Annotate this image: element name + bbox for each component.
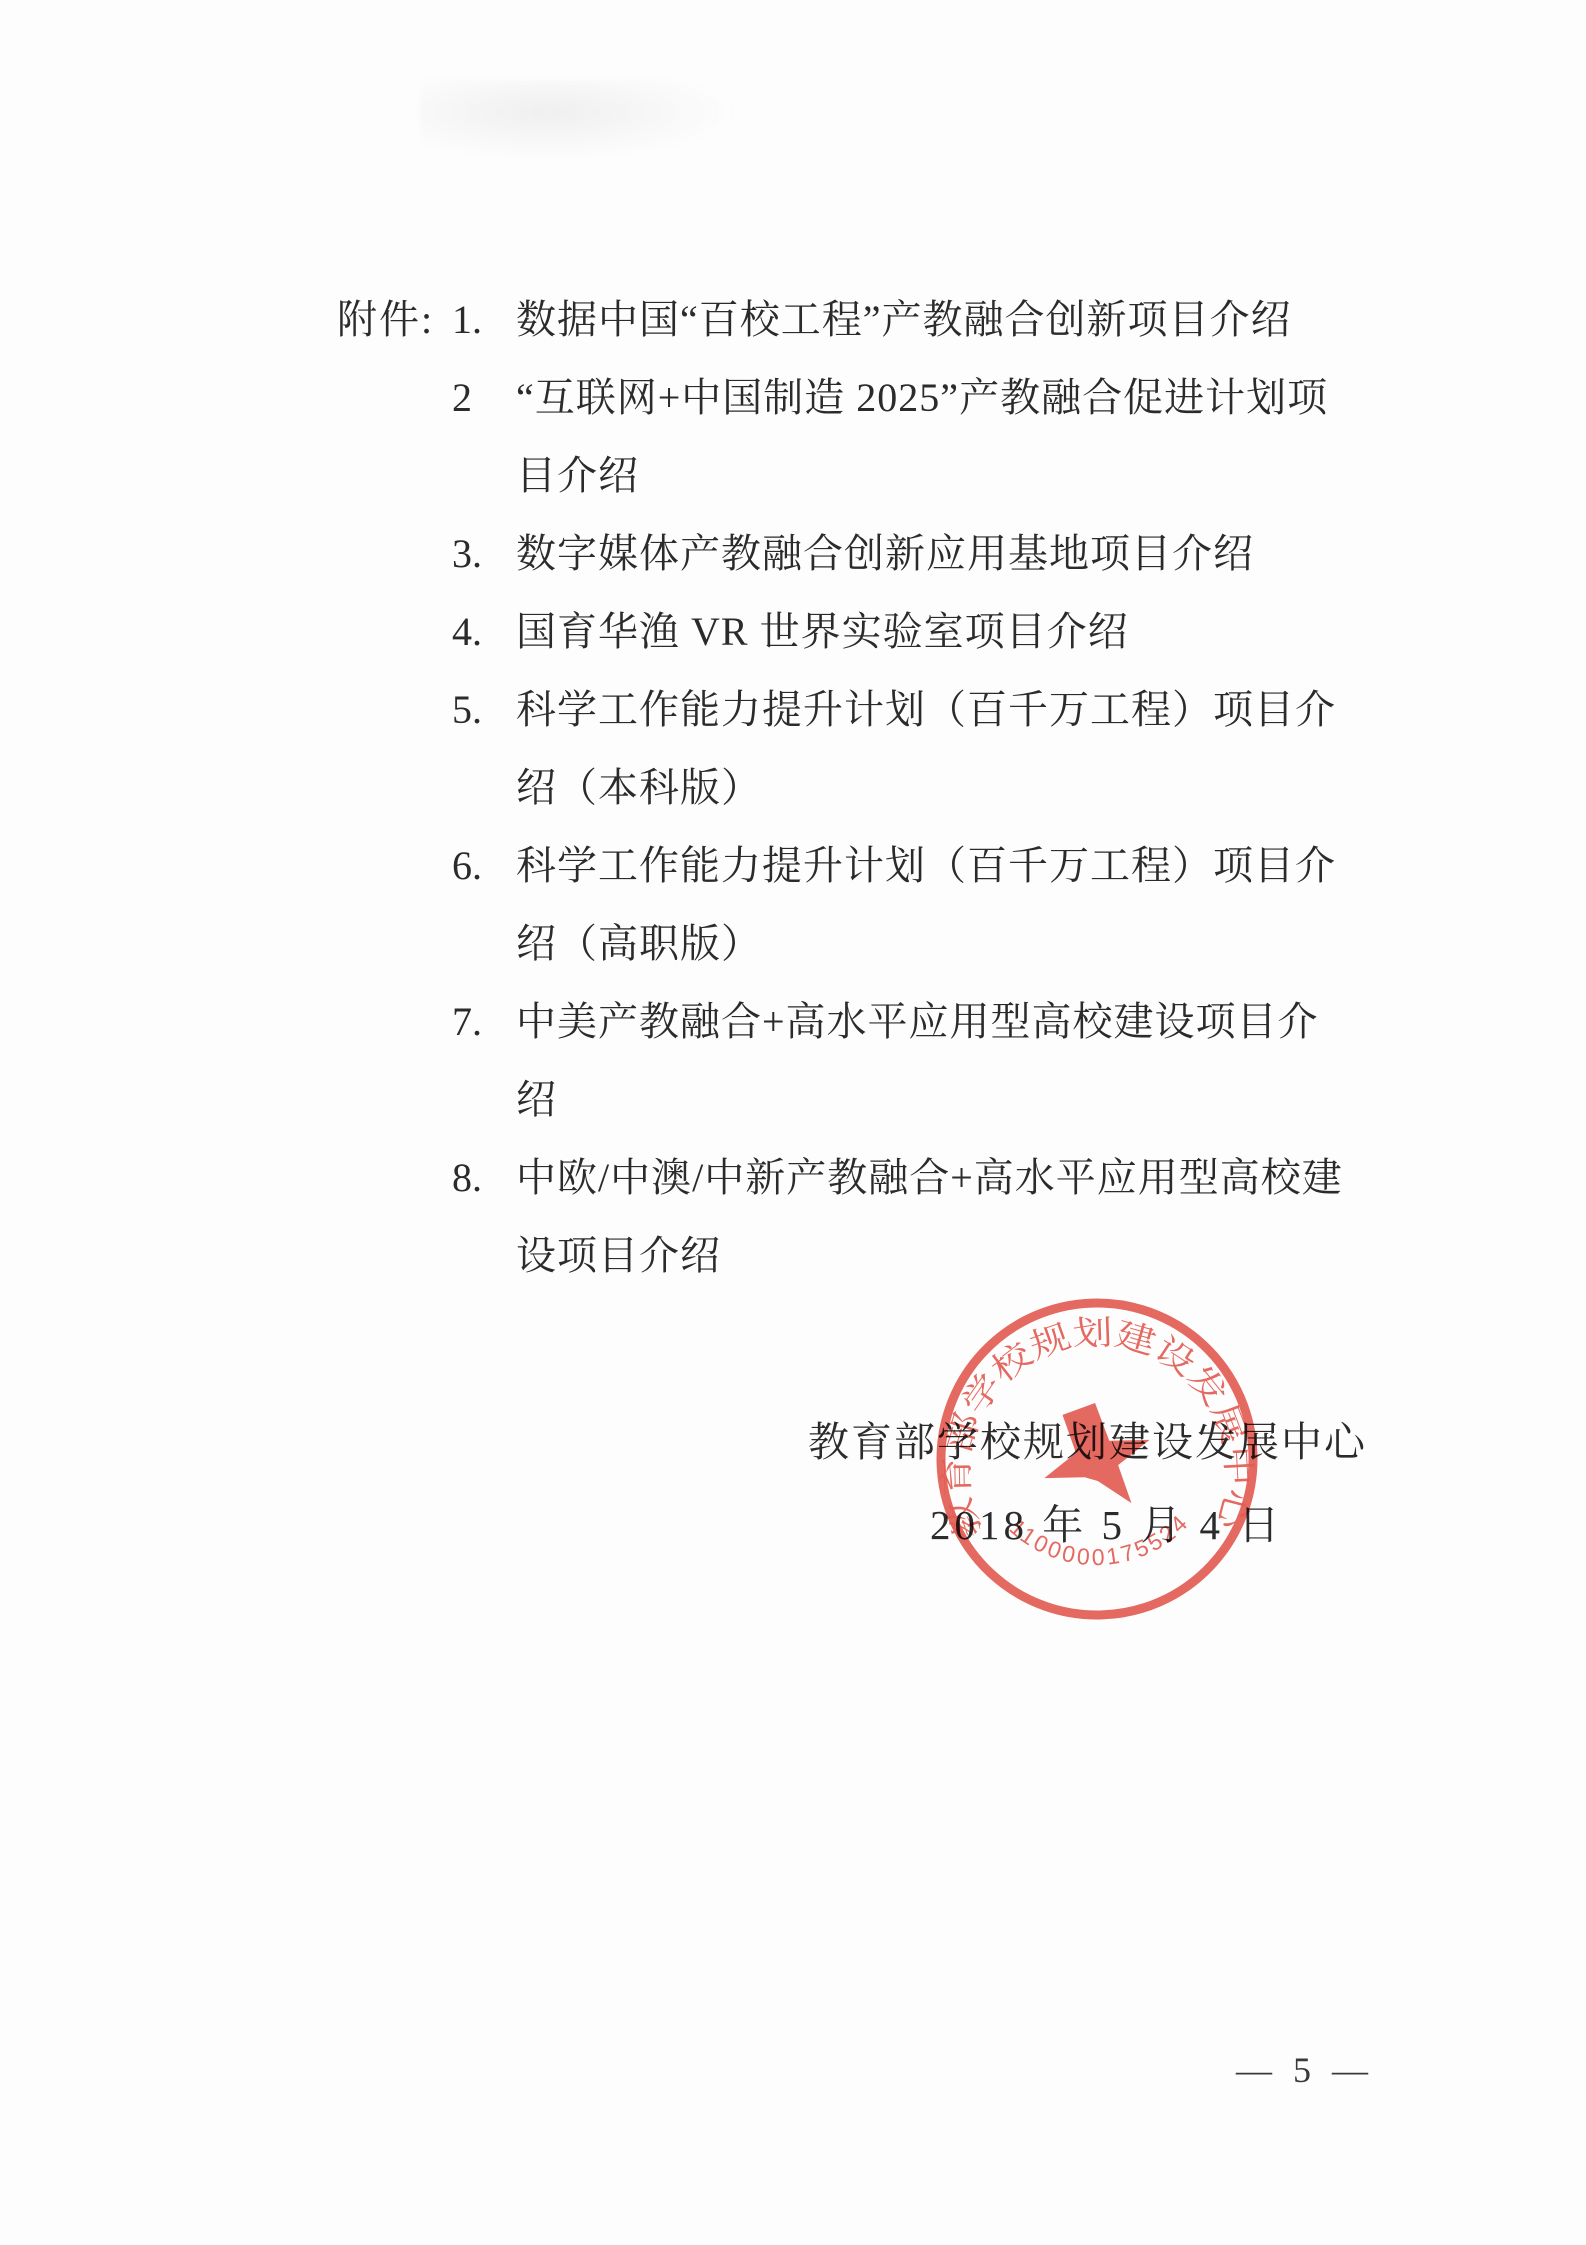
list-item: 8. 中欧/中澳/中新产教融合+高水平应用型高校建 设项目介绍 xyxy=(452,1139,1343,1295)
item-line: 国育华渔 VR 世界实验室项目介绍 xyxy=(516,593,1129,671)
list-item: 2 “互联网+中国制造 2025”产教融合促进计划项 目介绍 xyxy=(452,359,1343,515)
item-line: 科学工作能力提升计划（百千万工程）项目介 xyxy=(516,671,1336,749)
item-number: 3. xyxy=(452,515,516,593)
item-line: 数字媒体产教融合创新应用基地项目介绍 xyxy=(516,515,1254,593)
item-number: 8. xyxy=(452,1139,516,1295)
item-number: 4. xyxy=(452,593,516,671)
official-seal-stamp: 教育部学校规划建设发展中心 1100000175524 xyxy=(921,1283,1273,1635)
item-line: 科学工作能力提升计划（百千万工程）项目介 xyxy=(516,827,1336,905)
item-line: 数据中国“百校工程”产教融合创新项目介绍 xyxy=(516,281,1292,359)
item-line: 绍（本科版） xyxy=(516,749,1336,827)
list-item: 1. 数据中国“百校工程”产教融合创新项目介绍 xyxy=(452,281,1343,359)
item-number: 5. xyxy=(452,671,516,827)
list-item: 3. 数字媒体产教融合创新应用基地项目介绍 xyxy=(452,515,1343,593)
list-item: 6. 科学工作能力提升计划（百千万工程）项目介 绍（高职版） xyxy=(452,827,1343,983)
item-line: 绍（高职版） xyxy=(516,905,1336,983)
item-line: 中欧/中澳/中新产教融合+高水平应用型高校建 xyxy=(516,1139,1343,1217)
page-number: — 5 — xyxy=(1190,2042,1420,2098)
item-line: “互联网+中国制造 2025”产教融合促进计划项 xyxy=(516,359,1328,437)
item-line: 绍 xyxy=(516,1061,1319,1139)
attachments-list: 1. 数据中国“百校工程”产教融合创新项目介绍 2 “互联网+中国制造 2025… xyxy=(452,281,1343,1295)
seal-star-icon xyxy=(1042,1401,1152,1506)
item-number: 6. xyxy=(452,827,516,983)
list-item: 5. 科学工作能力提升计划（百千万工程）项目介 绍（本科版） xyxy=(452,671,1343,827)
item-number: 7. xyxy=(452,983,516,1139)
seal-serial-number: 1100000175524 xyxy=(1004,1508,1196,1574)
item-line: 设项目介绍 xyxy=(516,1217,1343,1295)
scan-smudge xyxy=(420,80,740,160)
item-number: 1. xyxy=(452,281,516,359)
item-number: 2 xyxy=(452,359,516,515)
list-item: 7. 中美产教融合+高水平应用型高校建设项目介 绍 xyxy=(452,983,1343,1139)
attachments-label: 附件: xyxy=(337,281,452,359)
list-item: 4. 国育华渔 VR 世界实验室项目介绍 xyxy=(452,593,1343,671)
item-line: 中美产教融合+高水平应用型高校建设项目介 xyxy=(516,983,1319,1061)
attachments-block: 附件: 1. 数据中国“百校工程”产教融合创新项目介绍 2 “互联网+中国制造 … xyxy=(337,281,1343,1295)
item-line: 目介绍 xyxy=(516,437,1328,515)
document-page: 附件: 1. 数据中国“百校工程”产教融合创新项目介绍 2 “互联网+中国制造 … xyxy=(0,0,1586,2245)
svg-text:1100000175524: 1100000175524 xyxy=(1004,1508,1196,1574)
